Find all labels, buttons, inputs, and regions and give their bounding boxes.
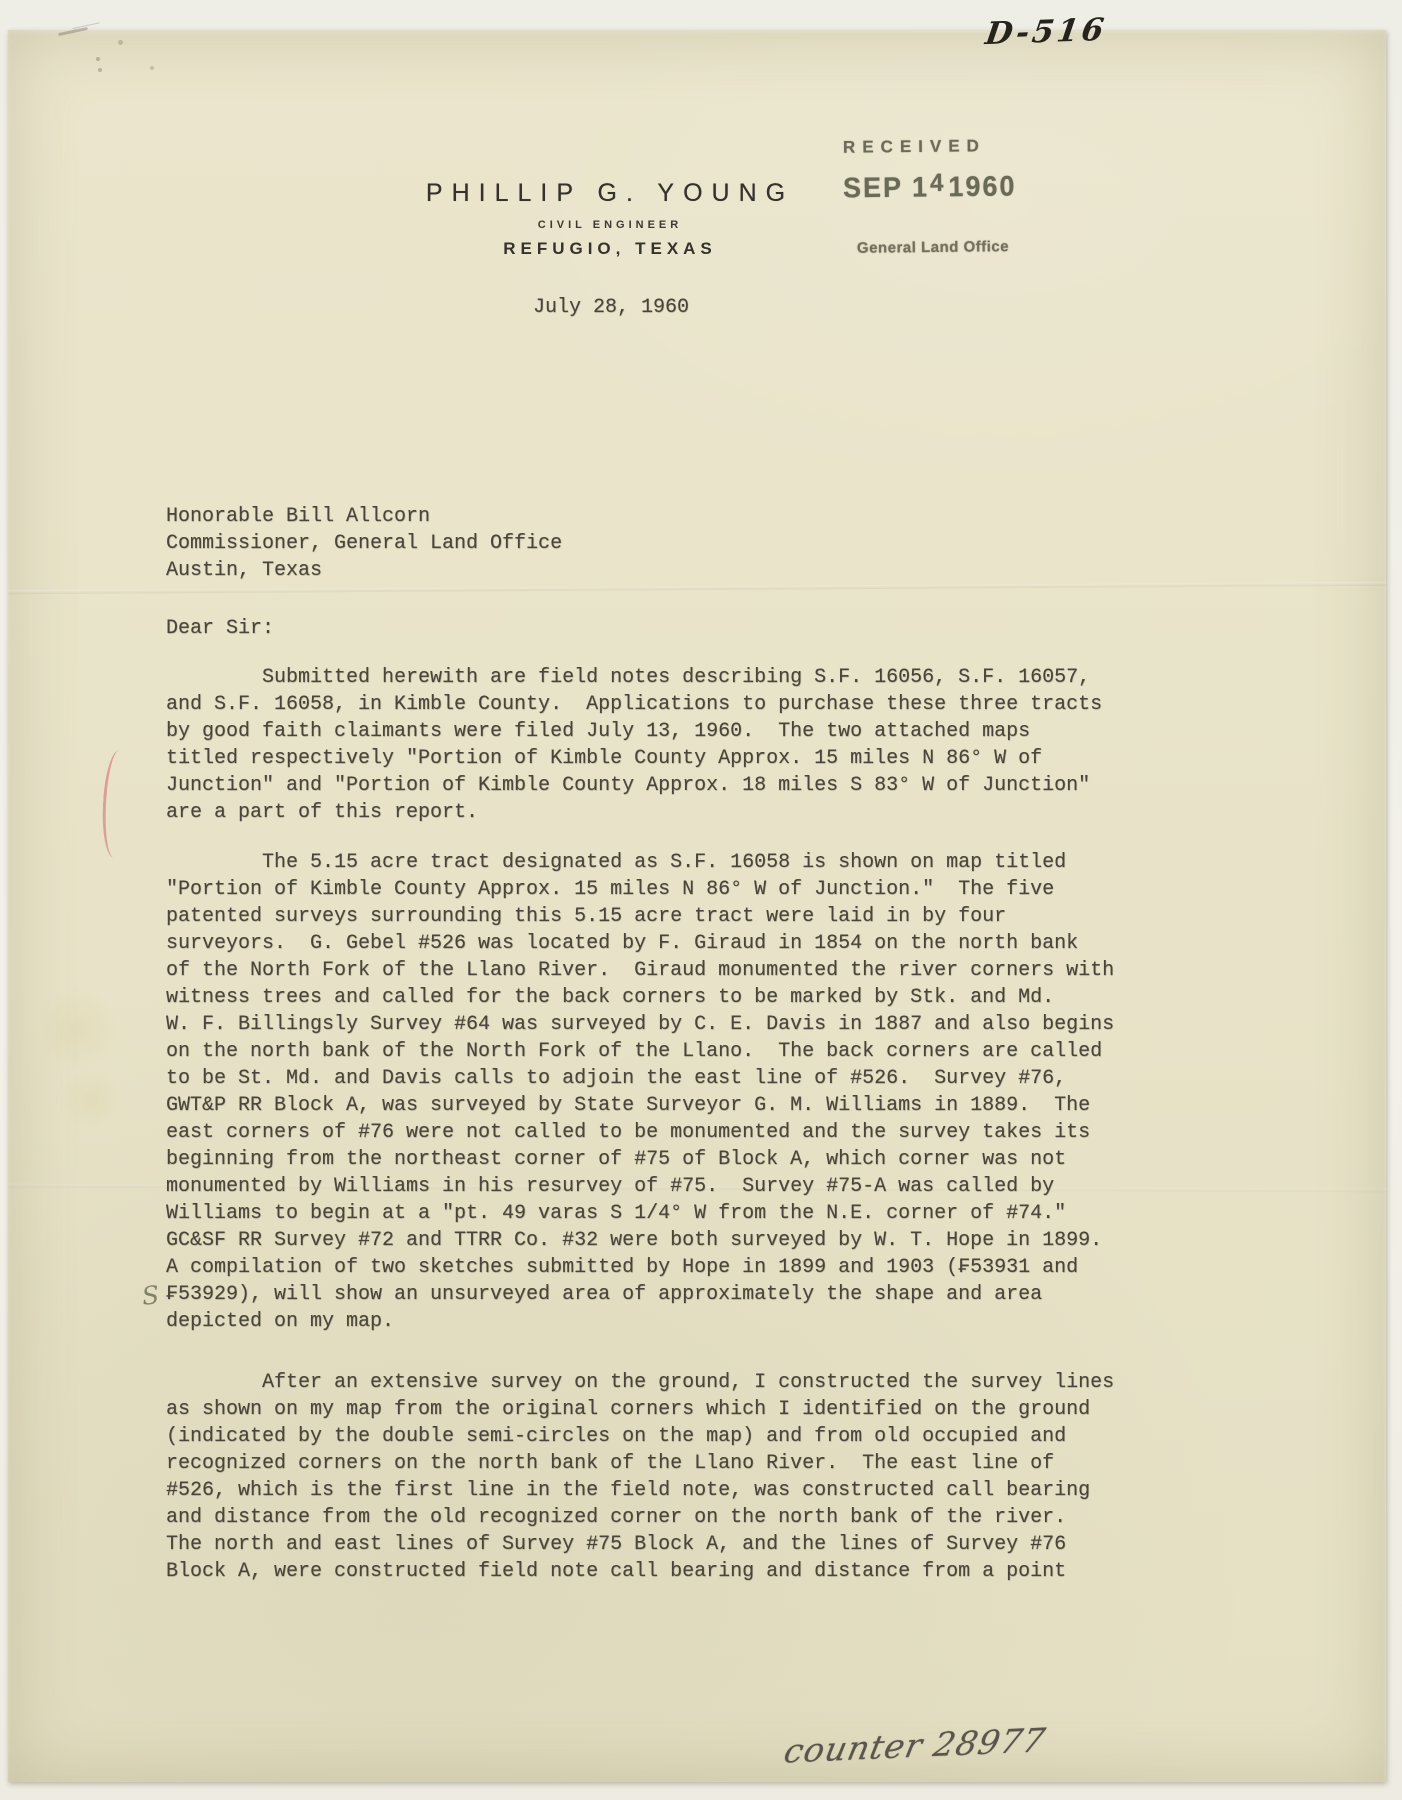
body-paragraph-2: The 5.15 acre tract designated as S.F. 1…: [166, 849, 1114, 1335]
pencil-smudge-mark: [118, 40, 123, 45]
stamp-date-right: 1960: [948, 170, 1016, 202]
pencil-margin-letter: S: [141, 1280, 161, 1311]
body-paragraph-1: Submitted herewith are field notes descr…: [166, 664, 1102, 826]
body-paragraph-3: After an extensive survey on the ground,…: [166, 1369, 1114, 1585]
salutation: Dear Sir:: [166, 615, 274, 642]
recipient-address-block: Honorable Bill Allcorn Commissioner, Gen…: [166, 503, 562, 584]
letter-date: July 28, 1960: [533, 294, 689, 321]
letterhead-title: CIVIL ENGINEER: [330, 219, 890, 231]
received-stamp-word: RECEIVED: [843, 136, 986, 157]
stamp-date-raised-digit: 4: [930, 169, 946, 199]
scanned-letter-page: D-516 RECEIVED SEP 141960 General Land O…: [0, 0, 1402, 1800]
handwritten-file-number: D-516: [983, 12, 1109, 52]
letterhead-name: PHILLIP G. YOUNG: [330, 179, 890, 208]
letterhead-location: REFUGIO, TEXAS: [330, 239, 890, 259]
pencil-smudge-mark: [150, 66, 154, 70]
pencil-smudge-mark: [96, 57, 100, 61]
